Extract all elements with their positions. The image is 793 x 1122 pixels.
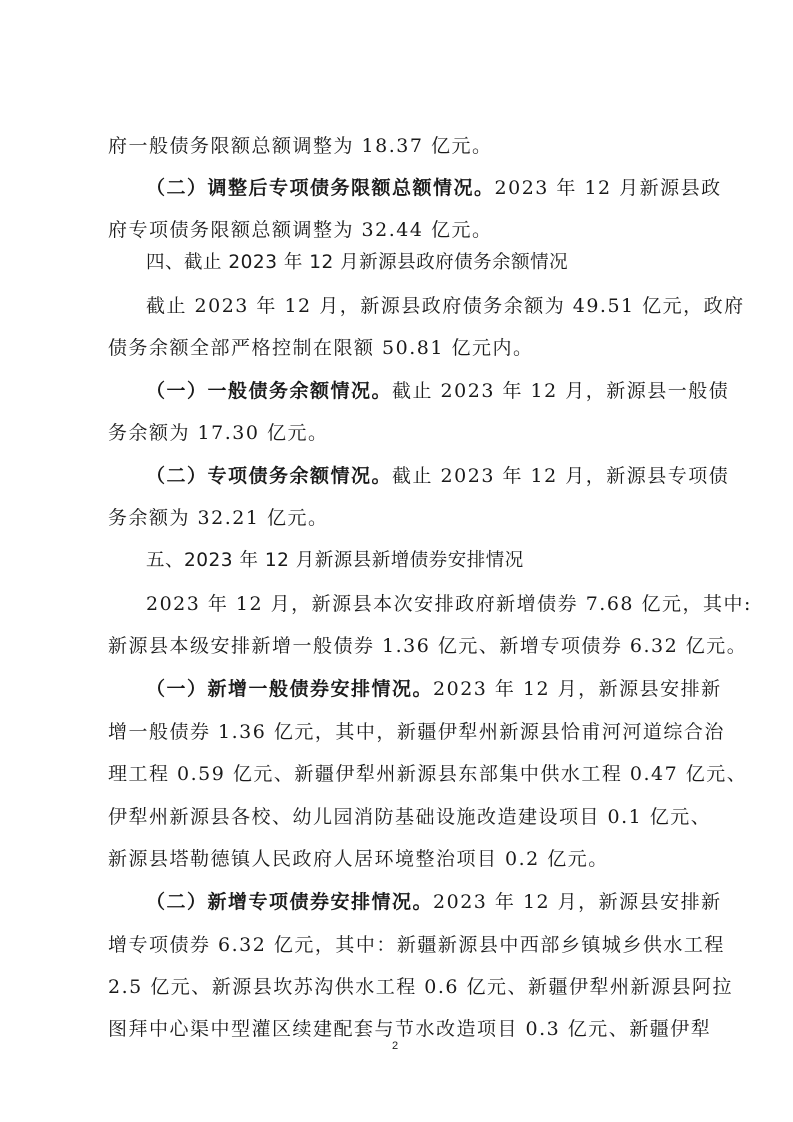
subsection-title: （二）调整后专项债务限额总额情况。 <box>146 177 495 199</box>
subsection-title: （二）新增专项债券安排情况。 <box>146 891 433 913</box>
body-text: 务余额为 17.30 亿元。 <box>108 422 328 444</box>
paragraph-line: 新源县本级安排新增一般债券 1.36 亿元、新增专项债券 6.32 亿元。 <box>108 634 688 658</box>
subsection-title: （一）新增一般债券安排情况。 <box>146 678 433 700</box>
body-text: 2023 年 12 月，新源县安排新 <box>433 891 722 913</box>
section-heading: 五、2023 年 12 月新源县新增债券安排情况 <box>146 549 726 573</box>
body-text: 增一般债券 1.36 亿元，其中，新疆伊犁州新源县恰甫河河道综合治 <box>108 721 725 743</box>
body-text: 图拜中心渠中型灌区续建配套与节水改造项目 0.3 亿元、新疆伊犁 <box>108 1018 711 1040</box>
document-page: 府一般债务限额总额调整为 18.37 亿元。（二）调整后专项债务限额总额情况。2… <box>0 0 793 1122</box>
body-text: 截止 2023 年 12 月，新源县专项债 <box>392 465 729 487</box>
body-text: 截止 2023 年 12 月，新源县一般债 <box>392 380 729 402</box>
paragraph-line: 伊犁州新源县各校、幼儿园消防基础设施改造建设项目 0.1 亿元、 <box>108 805 688 829</box>
body-text: 府专项债务限额总额调整为 32.44 亿元。 <box>108 219 492 241</box>
paragraph-line: 新源县塔勒德镇人民政府人居环境整治项目 0.2 亿元。 <box>108 847 688 871</box>
paragraph-line: 截止 2023 年 12 月，新源县政府债务余额为 49.51 亿元，政府 <box>146 294 726 318</box>
body-text: 伊犁州新源县各校、幼儿园消防基础设施改造建设项目 0.1 亿元、 <box>108 806 711 828</box>
paragraph-line: 2.5 亿元、新源县坎苏沟供水工程 0.6 亿元、新疆伊犁州新源县阿拉 <box>108 975 688 999</box>
paragraph-line: 图拜中心渠中型灌区续建配套与节水改造项目 0.3 亿元、新疆伊犁 <box>108 1017 688 1041</box>
paragraph-line: （二）调整后专项债务限额总额情况。2023 年 12 月新源县政 <box>146 176 726 200</box>
subsection-title: （一）一般债务余额情况。 <box>146 380 392 402</box>
section-heading: 四、截止 2023 年 12 月新源县政府债务余额情况 <box>146 251 726 275</box>
body-text: 增专项债券 6.32 亿元，其中：新疆新源县中西部乡镇城乡供水工程 <box>108 934 725 956</box>
body-text: 新源县塔勒德镇人民政府人居环境整治项目 0.2 亿元。 <box>108 848 609 870</box>
paragraph-line: 2023 年 12 月，新源县本次安排政府新增债券 7.68 亿元，其中: <box>146 592 726 616</box>
body-text: 务余额为 32.21 亿元。 <box>108 507 328 529</box>
body-text: 2023 年 12 月，新源县本次安排政府新增债券 7.68 亿元，其中: <box>146 593 752 615</box>
body-text: 截止 2023 年 12 月，新源县政府债务余额为 49.51 亿元，政府 <box>146 295 745 317</box>
paragraph-line: （一）一般债务余额情况。截止 2023 年 12 月，新源县一般债 <box>146 379 726 403</box>
body-text: 理工程 0.59 亿元、新疆伊犁州新源县东部集中供水工程 0.47 亿元、 <box>108 763 747 785</box>
paragraph-line: 理工程 0.59 亿元、新疆伊犁州新源县东部集中供水工程 0.47 亿元、 <box>108 762 688 786</box>
body-text: 2023 年 12 月，新源县安排新 <box>433 678 722 700</box>
paragraph-line: 债务余额全部严格控制在限额 50.81 亿元内。 <box>108 336 688 360</box>
paragraph-line: （二）新增专项债券安排情况。2023 年 12 月，新源县安排新 <box>146 890 726 914</box>
body-text: 五、2023 年 12 月新源县新增债券安排情况 <box>146 550 524 571</box>
body-text: 府一般债务限额总额调整为 18.37 亿元。 <box>108 135 492 157</box>
paragraph-line: 务余额为 17.30 亿元。 <box>108 421 688 445</box>
body-text: 四、截止 2023 年 12 月新源县政府债务余额情况 <box>146 252 568 273</box>
body-text: 2.5 亿元、新源县坎苏沟供水工程 0.6 亿元、新疆伊犁州新源县阿拉 <box>108 976 733 998</box>
body-text: 新源县本级安排新增一般债券 1.36 亿元、新增专项债券 6.32 亿元。 <box>108 635 747 657</box>
page-number: 2 <box>392 1040 398 1052</box>
paragraph-line: （一）新增一般债券安排情况。2023 年 12 月，新源县安排新 <box>146 677 726 701</box>
paragraph-line: （二）专项债务余额情况。截止 2023 年 12 月，新源县专项债 <box>146 464 726 488</box>
paragraph-line: 增一般债券 1.36 亿元，其中，新疆伊犁州新源县恰甫河河道综合治 <box>108 720 688 744</box>
body-text: 2023 年 12 月新源县政 <box>495 177 722 199</box>
paragraph-line: 增专项债券 6.32 亿元，其中：新疆新源县中西部乡镇城乡供水工程 <box>108 933 688 957</box>
paragraph-line: 府一般债务限额总额调整为 18.37 亿元。 <box>108 134 688 158</box>
subsection-title: （二）专项债务余额情况。 <box>146 465 392 487</box>
paragraph-line: 府专项债务限额总额调整为 32.44 亿元。 <box>108 218 688 242</box>
body-text: 债务余额全部严格控制在限额 50.81 亿元内。 <box>108 337 533 359</box>
paragraph-line: 务余额为 32.21 亿元。 <box>108 506 688 530</box>
